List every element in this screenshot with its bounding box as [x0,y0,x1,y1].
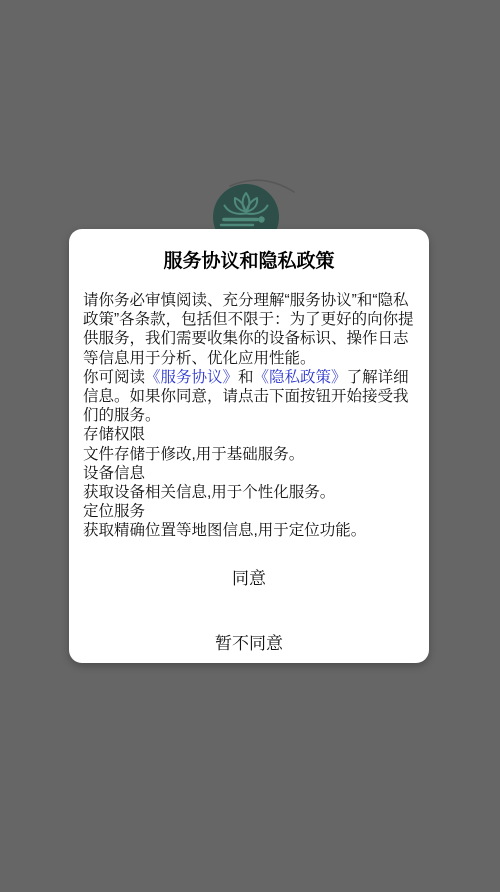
permission-name: 定位服务 [83,502,415,521]
permission-item-device: 设备信息 获取设备相关信息,用于个性化服务。 [83,464,415,502]
permission-desc: 文件存储于修改,用于基础服务。 [83,445,415,464]
and-text: 和 [238,369,254,386]
privacy-policy-link[interactable]: 《隐私政策》 [254,369,347,386]
permission-name: 设备信息 [83,464,415,483]
read-prefix-text: 你可阅读 [83,369,145,386]
permission-name: 存储权限 [83,425,415,444]
dialog-body: 请你务必审慎阅读、充分理解“服务协议”和“隐私政策”各条款，包括但不限于：为了更… [83,291,415,541]
permission-item-location: 定位服务 获取精确位置等地图信息,用于定位功能。 [83,502,415,540]
permission-desc: 获取设备相关信息,用于个性化服务。 [83,483,415,502]
service-agreement-link[interactable]: 《服务协议》 [145,369,238,386]
app-screen: 服务协议和隐私政策 请你务必审慎阅读、充分理解“服务协议”和“隐私政策”各条款，… [0,0,500,892]
dialog-title: 服务协议和隐私政策 [83,246,415,273]
privacy-policy-dialog: 服务协议和隐私政策 请你务必审慎阅读、充分理解“服务协议”和“隐私政策”各条款，… [69,229,429,663]
intro-text: 请你务必审慎阅读、充分理解“服务协议”和“隐私政策”各条款，包括但不限于：为了更… [83,292,414,367]
links-paragraph: 你可阅读《服务协议》和《隐私政策》了解详细信息。如果你同意，请点击下面按钮开始接… [83,368,415,426]
permission-item-storage: 存储权限 文件存储于修改,用于基础服务。 [83,425,415,463]
permission-desc: 获取精确位置等地图信息,用于定位功能。 [83,521,415,540]
disagree-button[interactable]: 暂不同意 [83,629,415,654]
intro-paragraph: 请你务必审慎阅读、充分理解“服务协议”和“隐私政策”各条款，包括但不限于：为了更… [83,291,415,368]
agree-button[interactable]: 同意 [83,564,415,589]
